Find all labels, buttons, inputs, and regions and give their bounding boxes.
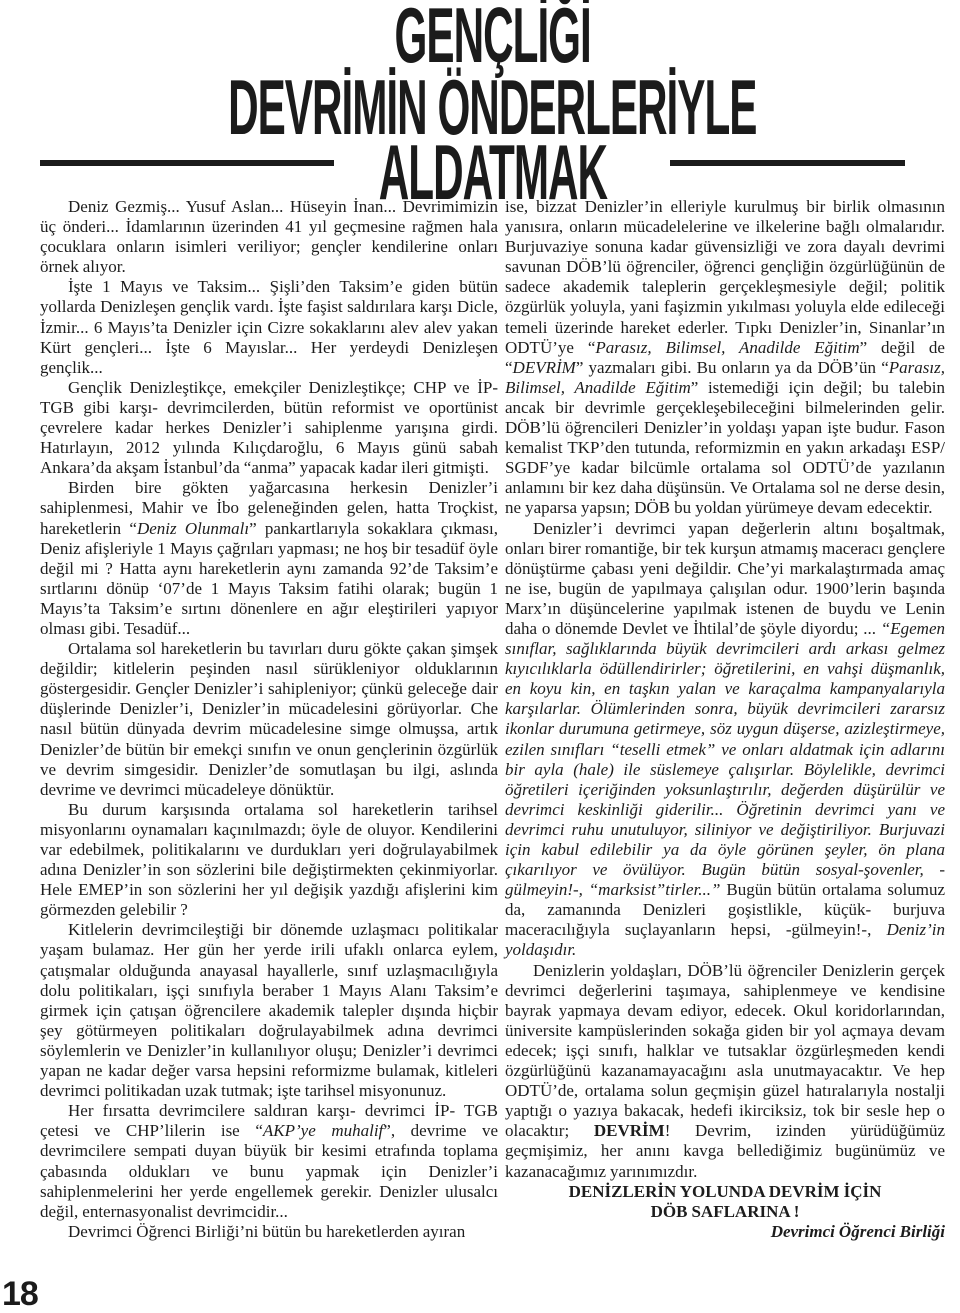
text-run: Kitlelerin devrimcileştiği bir dönemde u…	[40, 920, 498, 1100]
text-run: Deniz Gezmiş... Yusuf Aslan... Hüseyin İ…	[40, 197, 498, 276]
article-paragraph: Bu durum karşısında ortalama sol hareket…	[40, 800, 498, 921]
article-paragraph: Birden bire gökten yağarcasına herkesin …	[40, 478, 498, 639]
page-number: 18	[2, 1277, 38, 1311]
headline-line-1: GENÇLİĞİ	[40, 0, 945, 70]
text-run: DEVRİM	[594, 1121, 665, 1140]
text-run: Parasız, Bilimsel, Anadilde Eğitim	[595, 338, 859, 357]
text-run: DÖB SAFLARINA !	[651, 1202, 800, 1221]
text-run: Denizler’i devrimci yapan değerlerin alt…	[505, 519, 945, 638]
text-run: “Egemen sınıflar, sağlıklarında büyük de…	[505, 619, 945, 899]
text-run: Ortalama sol hareketlerin bu tavırları d…	[40, 639, 498, 799]
article-paragraph: Devrimci Öğrenci Birliği’ni bütün bu har…	[40, 1222, 498, 1242]
text-run: Gençlik Denizleştikçe, emekçiler Denizle…	[40, 378, 498, 477]
headline-rule-right	[670, 160, 905, 166]
article-headline: GENÇLİĞİ DEVRİMİN ÖNDERLERİYLE ALDATMAK	[40, 0, 945, 201]
slogan-line: DÖB SAFLARINA !	[505, 1202, 945, 1222]
article-column-left: Deniz Gezmiş... Yusuf Aslan... Hüseyin İ…	[40, 197, 498, 1242]
text-run: ” istemediği için değil; bu talebin anca…	[505, 378, 945, 518]
slogan-line: DENİZLERİN YOLUNDA DEVRİM İÇİN	[505, 1182, 945, 1202]
article-paragraph: İşte 1 Mayıs ve Taksim... Şişli’den Taks…	[40, 277, 498, 377]
text-run: Denizlerin yoldaşları, DÖB’lü öğrenciler…	[505, 961, 945, 1141]
magazine-page: GENÇLİĞİ DEVRİMİN ÖNDERLERİYLE ALDATMAK …	[0, 0, 960, 1313]
text-run: AKP’ye muhalif	[263, 1121, 383, 1140]
text-run: ise, bizzat Denizler’in elleriyle kurulm…	[505, 197, 945, 357]
article-paragraph: Kitlelerin devrimcileştiği bir dönemde u…	[40, 920, 498, 1101]
article-paragraph: Ortalama sol hareketlerin bu tavırları d…	[40, 639, 498, 800]
text-run: Bu durum karşısında ortalama sol hareket…	[40, 800, 498, 919]
text-run: ” yazmaları gibi. Bu onların ya da DÖB’ü…	[576, 358, 889, 377]
article-paragraph: Her fırsatta devrimcilere saldıran karşı…	[40, 1101, 498, 1222]
article-paragraph: Deniz Gezmiş... Yusuf Aslan... Hüseyin İ…	[40, 197, 498, 277]
article-paragraph: Gençlik Denizleştikçe, emekçiler Denizle…	[40, 378, 498, 478]
text-run: İşte 1 Mayıs ve Taksim... Şişli’den Taks…	[40, 277, 498, 376]
headline-rule-left	[40, 160, 334, 166]
text-run: DEVRİM	[513, 358, 576, 377]
text-run: Deniz Olunmalı	[137, 519, 249, 538]
text-run: DENİZLERİN YOLUNDA DEVRİM İÇİN	[569, 1182, 882, 1201]
article-paragraph: Denizler’i devrimci yapan değerlerin alt…	[505, 519, 945, 961]
article-signature: Devrimci Öğrenci Birliği	[505, 1222, 945, 1242]
article-paragraph: Denizlerin yoldaşları, DÖB’lü öğrenciler…	[505, 961, 945, 1182]
article-paragraph: ise, bizzat Denizler’in elleriyle kurulm…	[505, 197, 945, 519]
article-column-right: ise, bizzat Denizler’in elleriyle kurulm…	[505, 197, 945, 1242]
text-run: Devrimci Öğrenci Birliği’ni bütün bu har…	[68, 1222, 465, 1241]
article-body: Deniz Gezmiş... Yusuf Aslan... Hüseyin İ…	[40, 197, 945, 1293]
headline-line-3: ALDATMAK	[40, 143, 945, 201]
text-run: Devrimci Öğrenci Birliği	[771, 1222, 945, 1241]
